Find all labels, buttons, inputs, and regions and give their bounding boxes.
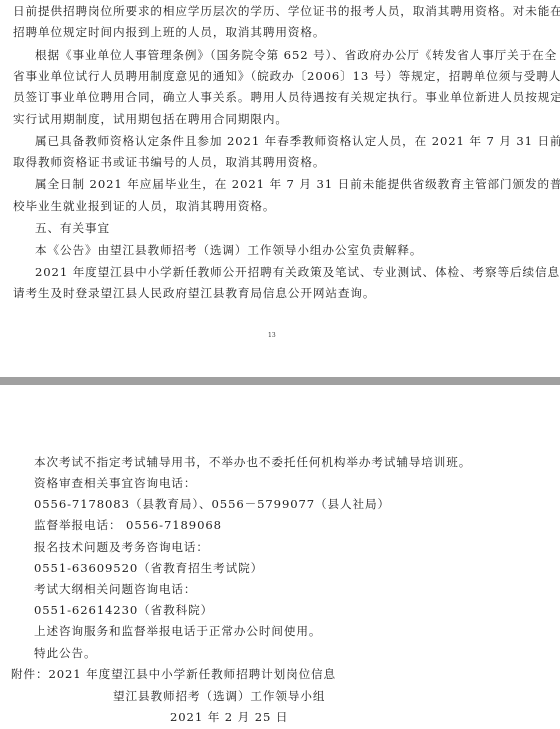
paragraph-line: 取得教师资格证书或证书编号的人员，取消其聘用资格。 (13, 155, 325, 169)
document-page-14: 本次考试不指定考试辅导用书，不举办也不委托任何机构举办考试辅导培训班。 资格审查… (0, 385, 560, 729)
attachment-line: 附件：2021 年度望江县中小学新任教师招聘计划岗位信息 (11, 667, 336, 681)
paragraph-line: 报名技术问题及考务咨询电话： (34, 540, 209, 554)
paragraph-line: 属全日制 2021 年应届毕业生，在 2021 年 7 月 31 日前未能提供省… (35, 177, 560, 191)
page-separator (0, 377, 560, 385)
paragraph-line: 根据《事业单位人事管理条例》（国务院令第 652 号）、省政府办公厅《转发省人事… (35, 48, 557, 62)
paragraph-line: 日前提供招聘岗位所要求的相应学历层次的学历、学位证书的报考人员，取消其聘用资格。… (13, 4, 560, 18)
contact-phone: 0551-62614230（省教科院） (34, 603, 213, 617)
paragraph-line: 请考生及时登录望江县人民政府望江县教育局信息公开网站查询。 (13, 286, 375, 300)
paragraph-line: 招聘单位规定时间内报到上班的人员，取消其聘用资格。 (13, 25, 325, 39)
contact-phone: 0551-63609520（省教育招生考试院） (34, 561, 263, 575)
paragraph-line: 2021 年度望江县中小学新任教师公开招聘有关政策及笔试、专业测试、体检、考察等… (35, 265, 560, 279)
supervision-phone: 监督举报电话： 0556-7189068 (34, 518, 222, 532)
document-page-13: 日前提供招聘岗位所要求的相应学历层次的学历、学位证书的报考人员，取消其聘用资格。… (0, 0, 560, 377)
signature-organization: 望江县教师招考（选调）工作领导小组 (113, 689, 325, 703)
paragraph-line: 员签订事业单位聘用合同，确立人事关系。聘用人员待遇按有关规定执行。事业单位新进人… (13, 90, 560, 104)
contact-phone: 0556-7178083（县教育局）、0556－5799077（县人社局） (34, 497, 390, 511)
paragraph-line: 省事业单位试行人员聘用制度意见的通知》（皖政办〔2006〕13 号）等规定，招聘… (13, 69, 560, 83)
paragraph-line: 考试大纲相关问题咨询电话： (34, 582, 196, 596)
paragraph-line: 校毕业生就业报到证的人员，取消其聘用资格。 (13, 199, 275, 213)
paragraph-line: 资格审查相关事宜咨询电话： (34, 476, 196, 490)
paragraph-line: 实行试用期制度，试用期包括在聘用合同期限内。 (13, 112, 288, 126)
closing-line: 特此公告。 (34, 646, 96, 660)
paragraph-line: 属已具备教师资格认定条件且参加 2021 年春季教师资格认定人员，在 2021 … (35, 134, 560, 148)
paragraph-line: 本次考试不指定考试辅导用书，不举办也不委托任何机构举办考试辅导培训班。 (34, 455, 471, 469)
section-heading: 五、有关事宜 (35, 221, 110, 235)
paragraph-line: 上述咨询服务和监督举报电话于正常办公时间使用。 (34, 624, 321, 638)
page-number: 13 (268, 332, 276, 340)
paragraph-line: 本《公告》由望江县教师招考（选调）工作领导小组办公室负责解释。 (35, 243, 422, 257)
signature-date: 2021 年 2 月 25 日 (170, 710, 288, 724)
